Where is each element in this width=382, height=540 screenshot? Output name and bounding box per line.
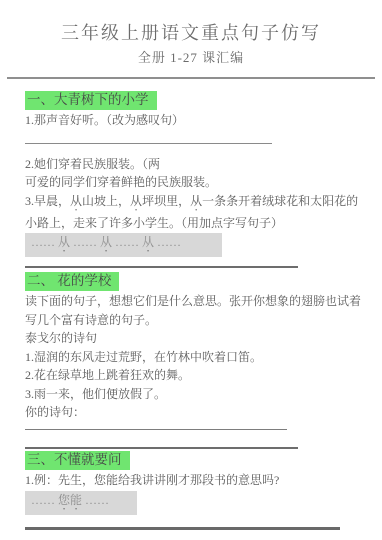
s3-question-1: 1.例：先生，您能给我讲讲刚才那段书的意思吗? (25, 471, 361, 490)
answer-blank-line (25, 429, 287, 430)
s3-pattern-hint: …… 您能 …… (25, 491, 137, 515)
s1-pattern-hint: …… 从 …… 从 …… 从 …… (25, 233, 222, 257)
section-1-heading: 一、大青树下的小学 (25, 91, 157, 110)
s2-example-3: 3.雨一来，他们便放假了。 (25, 385, 361, 404)
s1-question-3-line1: 3.早晨，从山坡上，从坪坝里，从一条条开着绒球花和太阳花的 (25, 192, 361, 214)
answer-blank-line (25, 447, 298, 449)
worksheet-page: 三年级上册语文重点句子仿写 全册 1-27 课汇编 一、大青树下的小学 1.那声… (0, 0, 382, 540)
page-title: 三年级上册语文重点句子仿写 (0, 20, 382, 46)
s2-poet-label: 泰戈尔的诗句 (25, 329, 361, 348)
s2-intro-line1: 读下面的句子，想想它们是什么意思。张开你想象的翅膀也试着 (25, 292, 361, 311)
s1-question-1: 1.那声音好听。（改为感叹句） (25, 111, 361, 130)
answer-blank-line (25, 143, 272, 144)
s2-example-2: 2.花在绿草地上跳着狂欢的舞。 (25, 366, 361, 385)
section-3-heading: 三、不懂就要问 (25, 451, 130, 470)
s2-intro-line2: 写几个富有诗意的句子。 (25, 311, 361, 330)
bottom-divider (25, 527, 340, 530)
section-lesson-2: 二、 花的学校 读下面的句子，想想它们是什么意思。张开你想象的翅膀也试着 写几个… (25, 272, 361, 449)
s1-question-2-line1: 2.她们穿着民族服装。（两 (25, 155, 361, 174)
worksheet-content: 一、大青树下的小学 1.那声音好听。（改为感叹句） 2.她们穿着民族服装。（两 … (0, 79, 382, 530)
section-2-heading: 二、 花的学校 (25, 272, 119, 291)
s1-question-2-line2: 可爱的同学们穿着鲜艳的民族服装。 (25, 173, 361, 192)
page-subtitle: 全册 1-27 课汇编 (0, 49, 382, 67)
section-lesson-1: 一、大青树下的小学 1.那声音好听。（改为感叹句） 2.她们穿着民族服装。（两 … (25, 91, 361, 268)
s1-question-3-line2: 小路上，走来了许多小学生。（用加点字写句子） (25, 214, 361, 233)
s2-your-verse-label: 你的诗句： (25, 403, 361, 422)
answer-blank-line (25, 266, 298, 268)
section-lesson-3: 三、不懂就要问 1.例：先生，您能给我讲讲刚才那段书的意思吗? …… 您能 …… (25, 451, 361, 531)
s2-example-1: 1.湿润的东风走过荒野，在竹林中吹着口笛。 (25, 348, 361, 367)
